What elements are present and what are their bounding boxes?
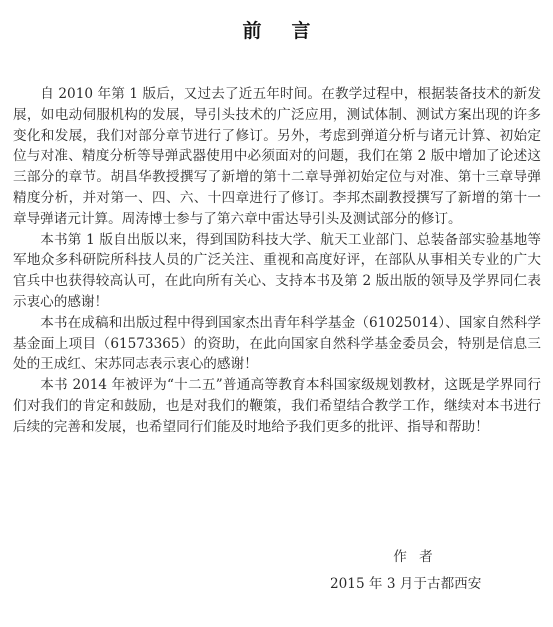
paragraph-textbook-award: 本书 2014 年被评为“十二五”普通高等教育本科国家级规划教材，这既是学界同行…	[13, 375, 541, 437]
paragraph-revision-history: 自 2010 年第 1 版后，又过去了近五年时间。在教学过程中，根据装备技术的新…	[13, 84, 541, 230]
title-char-1: 前	[242, 20, 261, 42]
preface-body: 自 2010 年第 1 版后，又过去了近五年时间。在教学过程中，根据装备技术的新…	[13, 84, 541, 438]
paragraph-acknowledgement-readers: 本书第 1 版自出版以来，得到国防科技大学、航天工业部门、总装备部实验基地等军地…	[13, 230, 541, 313]
paragraph-funding-acknowledgement: 本书在成稿和出版过程中得到国家杰出青年科学基金（61025014）、国家自然科学…	[13, 313, 541, 375]
page-title: 前言	[0, 16, 553, 43]
signature-date-place: 2015 年 3 月于古都西安	[330, 572, 530, 592]
document-page: 前言 自 2010 年第 1 版后，又过去了近五年时间。在教学过程中，根据装备技…	[0, 0, 553, 627]
title-char-2: 言	[292, 20, 311, 42]
signature-author: 作 者	[345, 545, 485, 565]
